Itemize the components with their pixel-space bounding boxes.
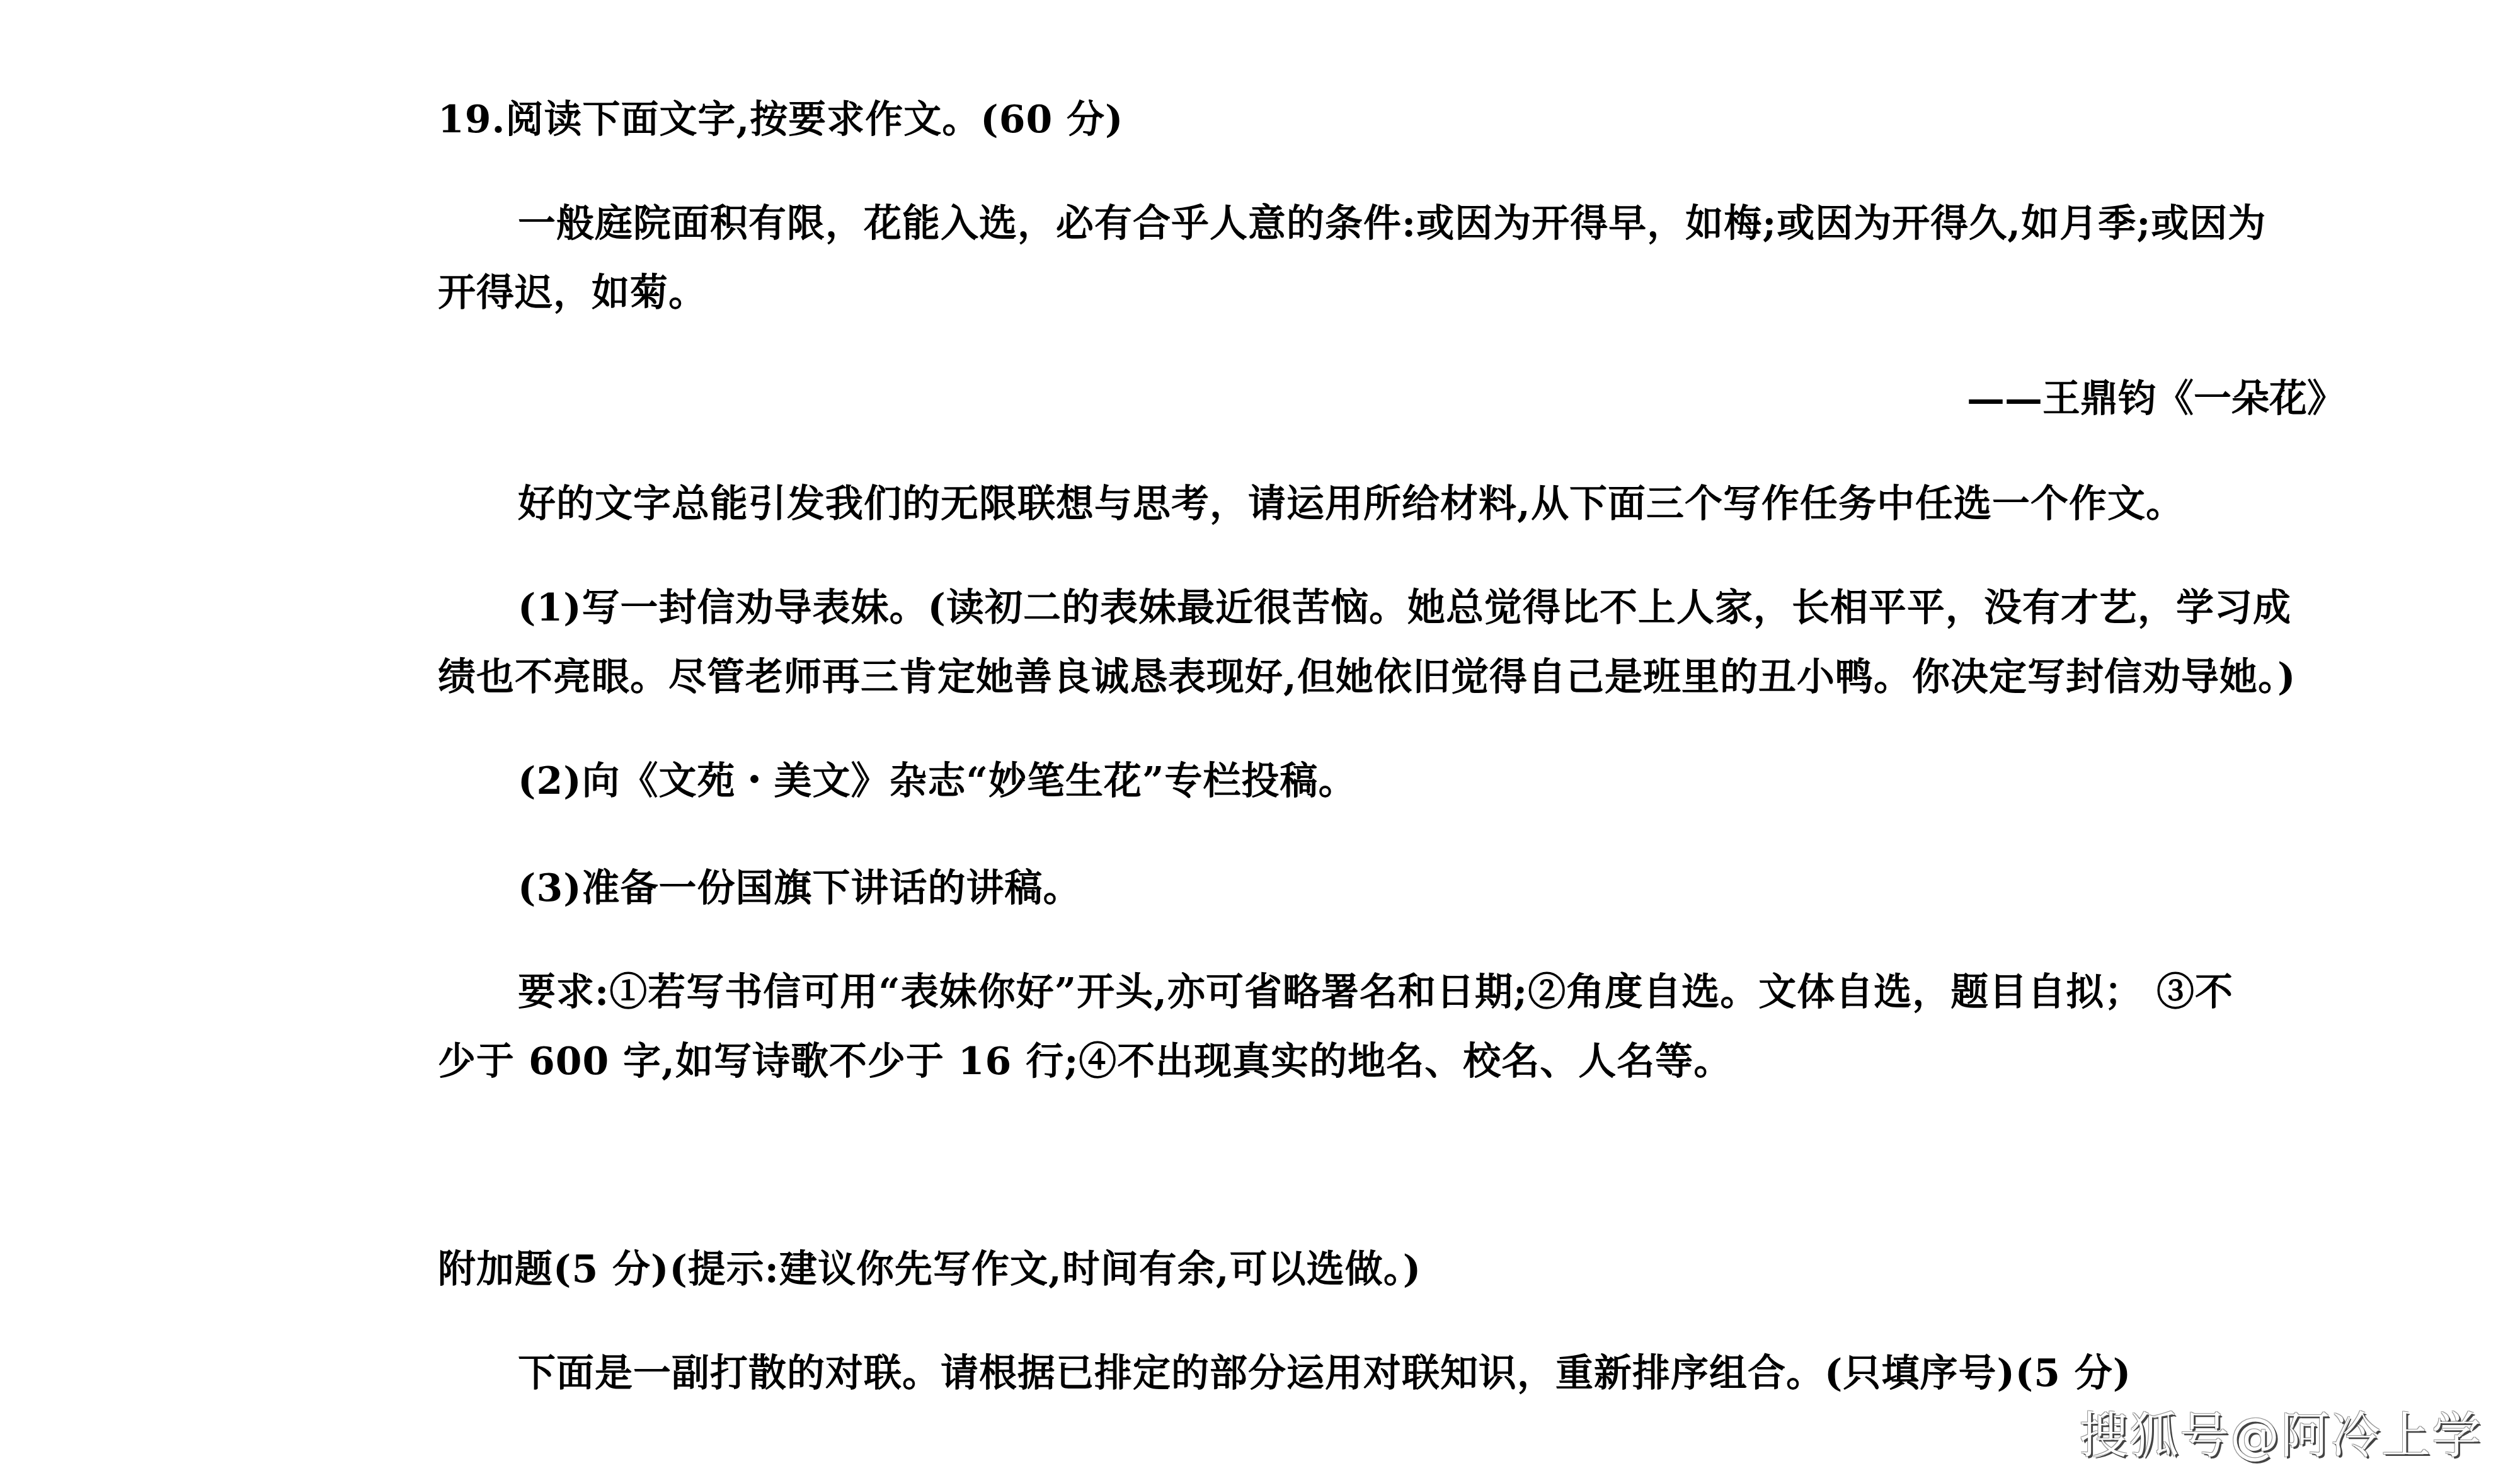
- task-3: (3)准备一份国旗下讲话的讲稿。: [518, 866, 1082, 910]
- task-1-line-1: (1)写一封信劝导表妹。(读初二的表妹最近很苦恼。她总觉得比不上人家，长相平平，…: [518, 586, 2291, 630]
- material-attribution: ——王鼎钧《一朵花》: [1967, 377, 2345, 421]
- writing-prompt: 好的文字总能引发我们的无限联想与思考，请运用所给材料,从下面三个写作任务中任选一…: [518, 482, 2184, 526]
- requirements-line-2: 少于 600 字,如写诗歌不少于 16 行;④不出现真实的地名、校名、人名等。: [438, 1039, 1732, 1084]
- material-line-2: 开得迟，如菊。: [438, 271, 707, 315]
- task-1-line-2: 绩也不亮眼。尽管老师再三肯定她善良诚恳表现好,但她依旧觉得自己是班里的丑小鸭。你…: [438, 655, 2296, 699]
- requirements-line-1: 要求:①若写书信可用“表妹你好”开头,亦可省略署名和日期;②角度自选。文体自选，…: [518, 970, 2233, 1014]
- question-title: 19.阅读下面文字,按要求作文。(60 分): [438, 98, 1123, 142]
- bonus-instruction: 下面是一副打散的对联。请根据已排定的部分运用对联知识，重新排序组合。(只填序号)…: [518, 1351, 2131, 1395]
- bonus-title: 附加题(5 分)(提示:建议你先写作文,时间有余,可以选做。): [438, 1247, 1421, 1291]
- watermark: 搜狐号@阿冷上学: [2079, 1408, 2482, 1465]
- task-2: (2)向《文苑・美文》杂志“妙笔生花”专栏投稿。: [518, 759, 1357, 803]
- material-line-1: 一般庭院面积有限，花能入选，必有合乎人意的条件:或因为开得早，如梅;或因为开得久…: [518, 202, 2266, 246]
